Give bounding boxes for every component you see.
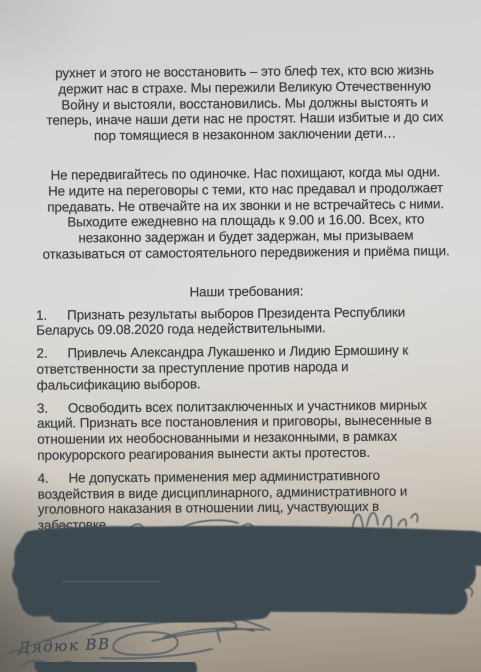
redaction-overlay (0, 0, 481, 672)
redaction-blob-highlight (70, 581, 152, 582)
redaction-bar-bottom (47, 663, 184, 672)
document-photo: рухнет и этого не восстановить – это бле… (0, 0, 481, 672)
